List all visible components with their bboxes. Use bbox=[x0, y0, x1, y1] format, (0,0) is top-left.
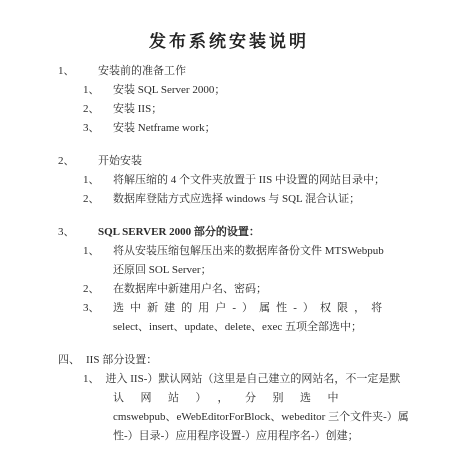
list-item: 1、 进入 IIS-）默认网站（这里是自己建立的网站名，不一定是默 bbox=[83, 370, 400, 389]
list-item-text: 安装 SQL Server 2000； bbox=[113, 81, 225, 100]
section-heading: IIS 部分设置： bbox=[86, 351, 157, 370]
document-page: 发布系统安装说明 1、 安装前的准备工作 1、 安装 SQL Server 20… bbox=[0, 0, 452, 452]
section-3-heading-row: 3、 SQL SERVER 2000 部分的设置： bbox=[58, 223, 400, 242]
list-item: 2、 数据库登陆方式应选择 windows 与 SQL 混合认证； bbox=[83, 190, 400, 209]
list-item-text: 还原回 SOL Server； bbox=[113, 261, 212, 280]
list-item-text: 将解压缩的 4 个文件夹放置于 IIS 中设置的网站目录中； bbox=[113, 171, 385, 190]
list-item-number: 1、 bbox=[83, 242, 113, 261]
page-title: 发布系统安装说明 bbox=[58, 30, 400, 54]
section-heading: 安装前的准备工作 bbox=[98, 62, 186, 81]
list-item-number: 1、 bbox=[83, 81, 113, 100]
section-number: 1、 bbox=[58, 62, 98, 81]
section-number: 四、 bbox=[58, 351, 80, 370]
list-item-continuation: select、insert、update、delete、exec 五项全部选中； bbox=[83, 318, 400, 337]
list-item: 1、 将从安装压缩包解压出来的数据库备份文件 MTSWebpub bbox=[83, 242, 400, 261]
list-item-text: 安装 Netframe work； bbox=[113, 119, 216, 138]
list-item-text: 进入 IIS-）默认网站（这里是自己建立的网站名，不一定是默 bbox=[106, 370, 401, 389]
list-item: 1、 安装 SQL Server 2000； bbox=[83, 81, 400, 100]
section-heading: SQL SERVER 2000 部分的设置： bbox=[98, 223, 260, 242]
list-item-continuation: 性-）目录-）应用程序设置-）应用程序名-）创建； bbox=[113, 427, 400, 446]
list-item: 2、 安装 IIS； bbox=[83, 100, 400, 119]
list-item-number: 1、 bbox=[83, 171, 113, 190]
list-item-text: cmswebpub、eWebEditorForBlock、webeditor 三… bbox=[113, 408, 409, 427]
list-item-text: select、insert、update、delete、exec 五项全部选中； bbox=[113, 318, 362, 337]
list-item-continuation: cmswebpub、eWebEditorForBlock、webeditor 三… bbox=[113, 408, 400, 427]
list-item-number: 2、 bbox=[83, 190, 113, 209]
section-2-heading-row: 2、 开始安装 bbox=[58, 152, 400, 171]
list-item-text: 认网站），分别选中 bbox=[113, 389, 355, 408]
list-item-continuation: 认网站），分别选中 bbox=[113, 389, 400, 408]
list-item-text: 数据库登陆方式应选择 windows 与 SQL 混合认证； bbox=[113, 190, 360, 209]
indent-spacer bbox=[83, 261, 113, 280]
list-item: 1、 将解压缩的 4 个文件夹放置于 IIS 中设置的网站目录中； bbox=[83, 171, 400, 190]
list-item-number: 2、 bbox=[83, 280, 113, 299]
list-item-text: 将从安装压缩包解压出来的数据库备份文件 MTSWebpub bbox=[113, 242, 384, 261]
list-item-number: 3、 bbox=[83, 119, 113, 138]
list-item-number: 1、 bbox=[83, 370, 100, 389]
indent-spacer bbox=[83, 318, 113, 337]
list-item-text: 性-）目录-）应用程序设置-）应用程序名-）创建； bbox=[113, 427, 359, 446]
list-item: 3、 安装 Netframe work； bbox=[83, 119, 400, 138]
section-heading: 开始安装 bbox=[98, 152, 142, 171]
section-number: 3、 bbox=[58, 223, 98, 242]
list-item-number: 3、 bbox=[83, 299, 113, 318]
list-item-text: 安装 IIS； bbox=[113, 100, 162, 119]
list-item: 2、 在数据库中新建用户名、密码； bbox=[83, 280, 400, 299]
list-item-text: 选中新建的用户-）属性-）权限，将 bbox=[113, 299, 388, 318]
list-item: 3、 选中新建的用户-）属性-）权限，将 bbox=[83, 299, 400, 318]
section-1-heading-row: 1、 安装前的准备工作 bbox=[58, 62, 400, 81]
section-4-heading-row: 四、 IIS 部分设置： bbox=[58, 351, 400, 370]
list-item-text: 在数据库中新建用户名、密码； bbox=[113, 280, 267, 299]
list-item-number: 2、 bbox=[83, 100, 113, 119]
section-number: 2、 bbox=[58, 152, 98, 171]
list-item-continuation: 还原回 SOL Server； bbox=[83, 261, 400, 280]
